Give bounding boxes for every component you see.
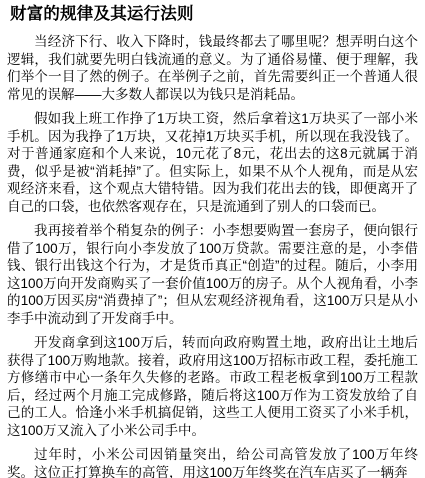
- page-title: 财富的规律及其运行法则: [10, 4, 418, 24]
- paragraph-developer-government-flow: 开发商拿到这100万后，转而向政府购置土地，政府出让土地后获得了100万购地款。…: [7, 334, 418, 439]
- paragraph-money-flow-intro: 当经济下行、收入下降时，钱最终都去了哪里呢？想弄明白这个逻辑，我们就要先明白钱流…: [7, 33, 418, 103]
- paragraph-salary-phone-example: 假如我上班工作挣了1万块工资，然后拿着这1万块买了一部小米手机。因为我挣了1万块…: [7, 110, 418, 215]
- paragraph-house-loan-example: 我再接着举个稍复杂的例子：小李想要购置一套房子，便向银行借了100万，银行向小李…: [7, 222, 418, 327]
- paragraph-year-end-bonus: 过年时，小米公司因销量突出，给公司高管发放了100万年终奖。这位正打算换车的高管…: [7, 446, 418, 478]
- text-body: 当经济下行、收入下降时，钱最终都去了哪里呢？想弄明白这个逻辑，我们就要先明白钱流…: [7, 33, 418, 478]
- document-page: 财富的规律及其运行法则 当经济下行、收入下降时，钱最终都去了哪里呢？想弄明白这个…: [0, 0, 425, 478]
